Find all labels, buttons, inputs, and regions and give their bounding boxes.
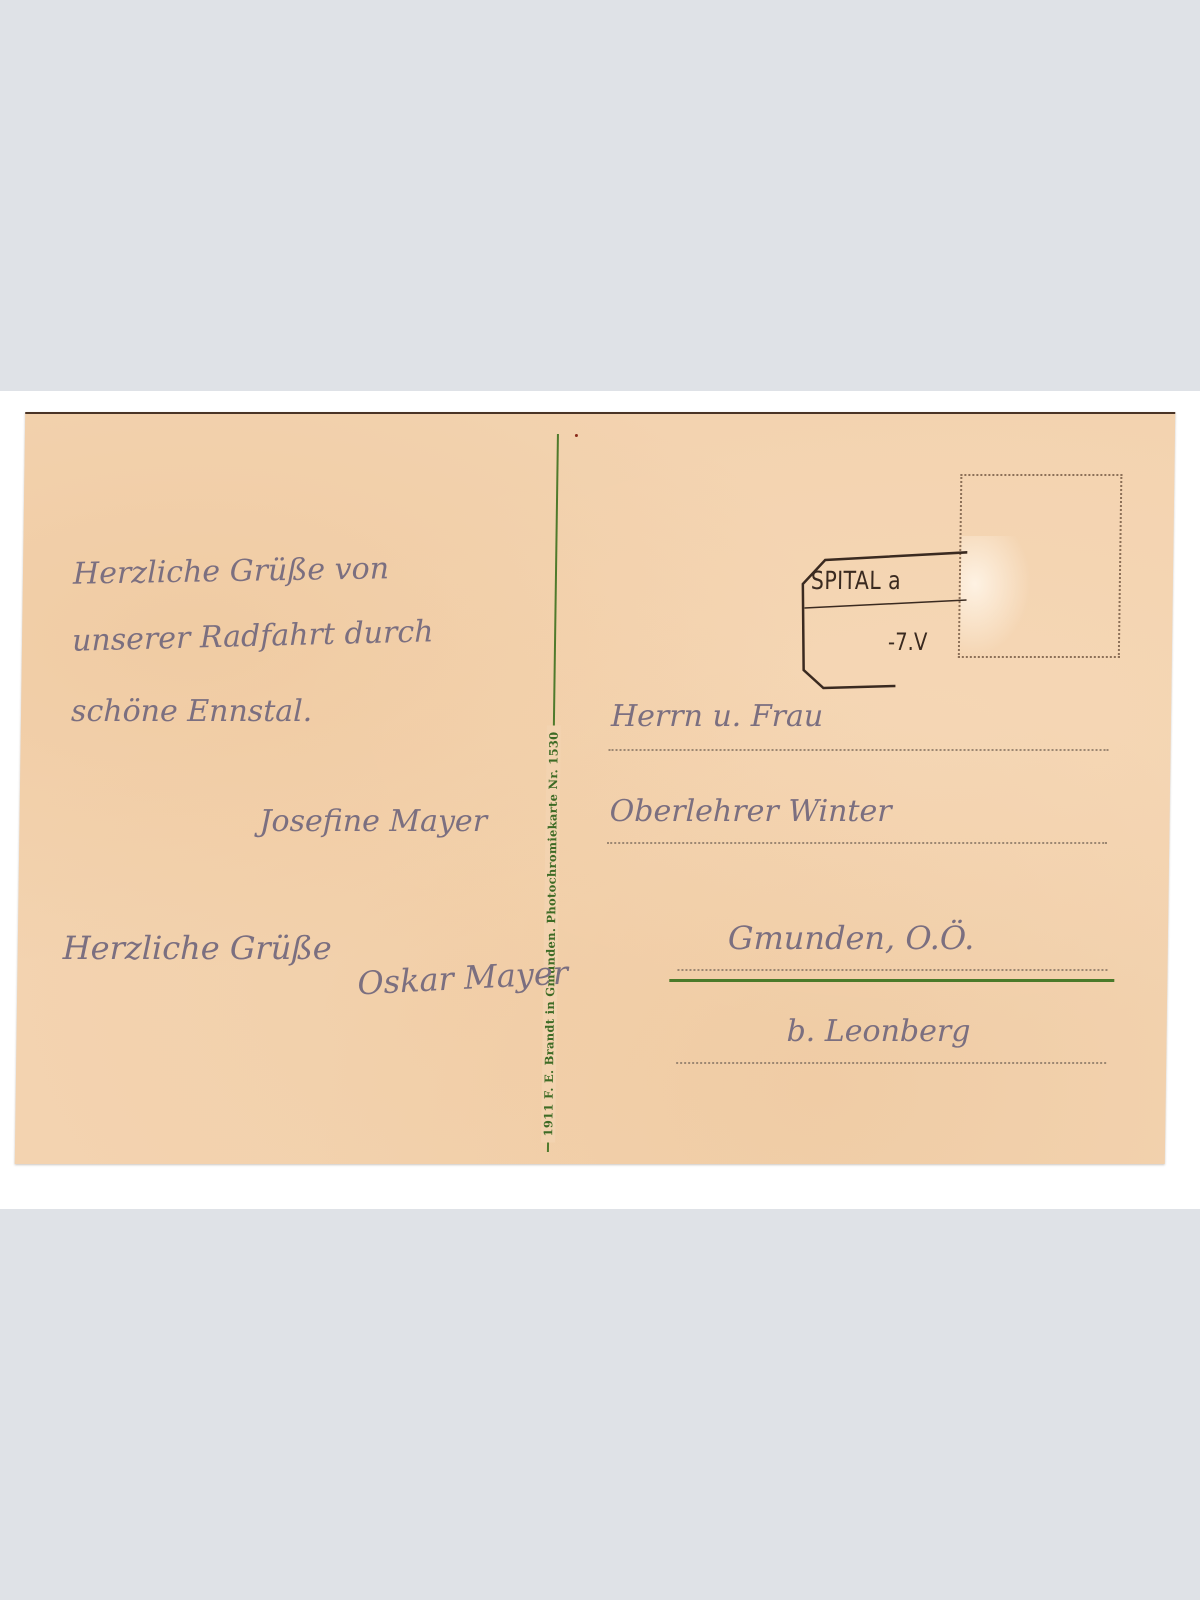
postcard-back: 1911 F. E. Brandt in Gmunden. Photochrom… xyxy=(15,412,1176,1164)
ink-spot xyxy=(575,434,578,437)
signature-2: Oskar Mayer xyxy=(357,954,569,1003)
stamp-placeholder xyxy=(958,474,1123,658)
message-line-2: unserer Radfahrt durch xyxy=(72,614,434,658)
postmark-town: SPITAL a xyxy=(811,566,902,595)
address-line-rule-3 xyxy=(677,969,1107,971)
address-line-rule-2 xyxy=(607,842,1107,844)
publisher-imprint: 1911 F. E. Brandt in Gmunden. Photochrom… xyxy=(541,726,561,1143)
address-line-rule-4 xyxy=(676,1062,1106,1064)
address-line-2: Oberlehrer Winter xyxy=(609,794,891,829)
address-line-4: b. Leonberg xyxy=(786,1014,970,1049)
message-line-1: Herzliche Grüße von xyxy=(73,551,389,592)
postmark-date: -7.V xyxy=(888,628,928,656)
stamp-residue xyxy=(960,536,1032,656)
address-line-3: Gmunden, O.Ö. xyxy=(728,919,975,957)
address-underline xyxy=(669,979,1114,982)
postmark: SPITAL a -7.V xyxy=(795,548,947,690)
greeting-2: Herzliche Grüße xyxy=(63,929,332,967)
signature-1: Josefine Mayer xyxy=(259,804,487,839)
message-line-3: schöne Ennstal. xyxy=(71,694,313,729)
address-line-1: Herrn u. Frau xyxy=(611,699,824,734)
address-line-rule-1 xyxy=(609,749,1109,751)
